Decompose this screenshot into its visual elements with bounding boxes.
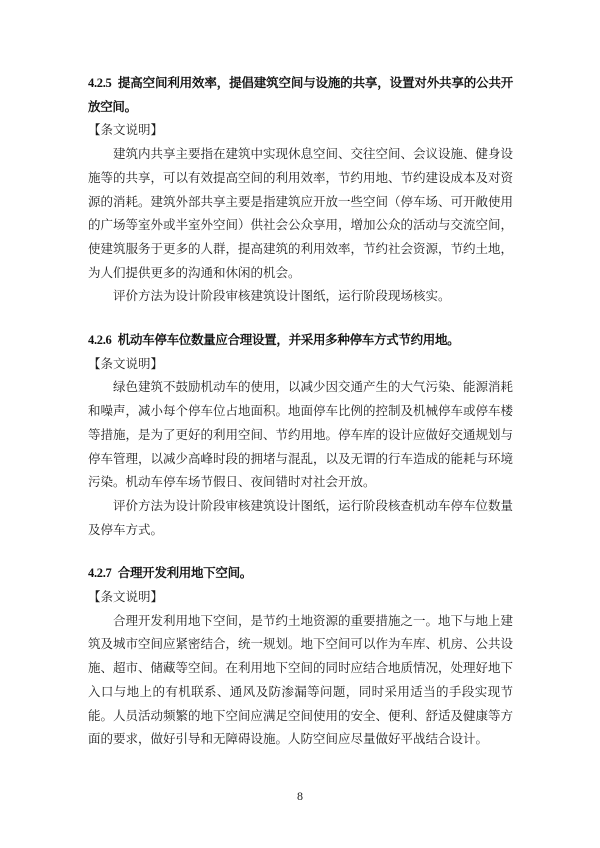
clause-heading: 4.2.5提高空间利用效率，提倡建筑空间与设施的共享，设置对外共享的公共开放空间… [88, 72, 513, 119]
clause-number: 4.2.5 [88, 76, 112, 90]
clause-title: 机动车停车位数量应合理设置，并采用多种停车方式节约用地。 [118, 333, 460, 347]
page-number: 8 [0, 790, 600, 802]
commentary-label: 【条文说明】 [88, 586, 513, 610]
commentary-label: 【条文说明】 [88, 353, 513, 377]
clause-heading: 4.2.7合理开发利用地下空间。 [88, 562, 513, 586]
evaluation-method-paragraph: 评价方法为设计阶段审核建筑设计图纸，运行阶段核查机动车停车位数量及停车方式。 [88, 495, 513, 542]
clause-number: 4.2.7 [88, 566, 112, 580]
clause-section-4-2-5: 4.2.5提高空间利用效率，提倡建筑空间与设施的共享，设置对外共享的公共开放空间… [88, 72, 513, 309]
clause-number: 4.2.6 [88, 333, 112, 347]
document-page: 4.2.5提高空间利用效率，提倡建筑空间与设施的共享，设置对外共享的公共开放空间… [0, 0, 600, 848]
commentary-paragraph: 合理开发利用地下空间，是节约土地资源的重要措施之一。地下与地上建筑及城市空间应紧… [88, 610, 513, 752]
commentary-label: 【条文说明】 [88, 119, 513, 143]
commentary-paragraph: 建筑内共享主要指在建筑中实现休息空间、交往空间、会议设施、健身设施等的共享，可以… [88, 143, 513, 285]
commentary-paragraph: 绿色建筑不鼓励机动车的使用，以减少因交通产生的大气污染、能源消耗和噪声，减小每个… [88, 376, 513, 495]
clause-section-4-2-6: 4.2.6机动车停车位数量应合理设置，并采用多种停车方式节约用地。 【条文说明】… [88, 329, 513, 542]
clause-section-4-2-7: 4.2.7合理开发利用地下空间。 【条文说明】 合理开发利用地下空间，是节约土地… [88, 562, 513, 752]
evaluation-method-paragraph: 评价方法为设计阶段审核建筑设计图纸，运行阶段现场核实。 [88, 285, 513, 309]
clause-title: 合理开发利用地下空间。 [118, 566, 252, 580]
clause-title: 提高空间利用效率，提倡建筑空间与设施的共享，设置对外共享的公共开放空间。 [88, 76, 513, 114]
clause-heading: 4.2.6机动车停车位数量应合理设置，并采用多种停车方式节约用地。 [88, 329, 513, 353]
